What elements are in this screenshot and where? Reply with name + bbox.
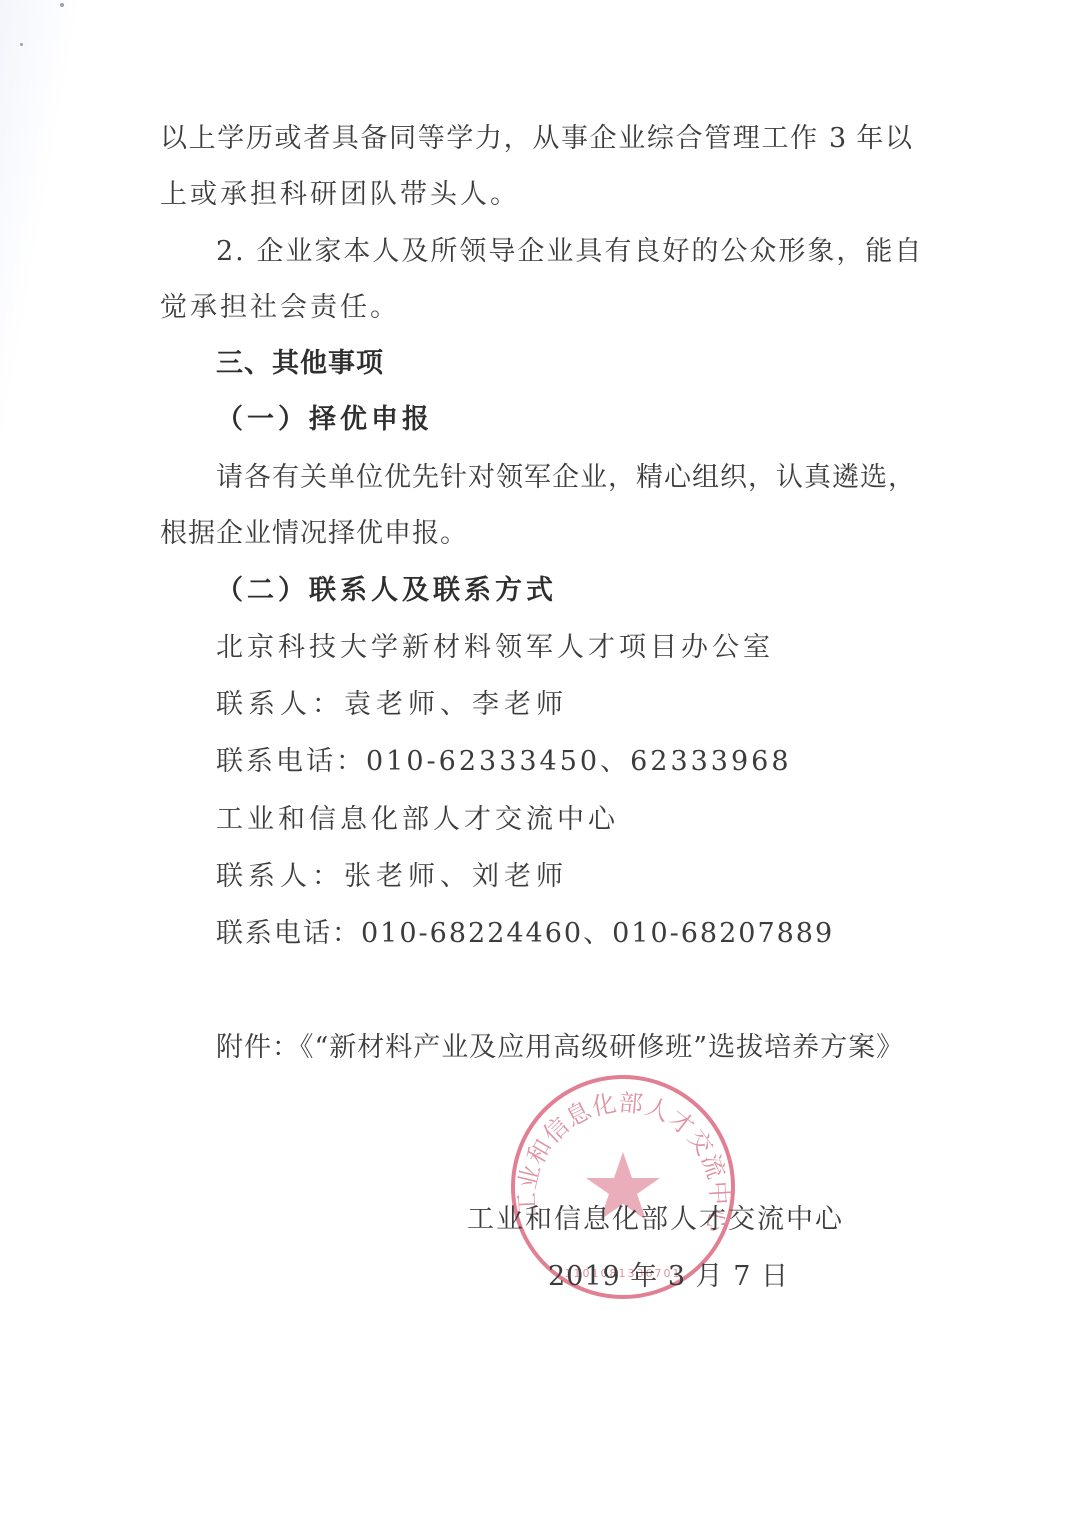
contact-people: 联系人：张老师、刘老师 [216, 857, 568, 897]
subsection-heading: （二）联系人及联系方式 [216, 571, 557, 611]
scan-speck [60, 3, 64, 7]
contact-org: 工业和信息化部人才交流中心 [216, 800, 619, 840]
attachment-line: 附件：《“新材料产业及应用高级研修班”选拔培养方案》 [216, 1028, 904, 1068]
paragraph-line: 以上学历或者具备同等学力，从事企业综合管理工作 3 年以 [160, 119, 912, 159]
contact-people: 联系人：袁老师、李老师 [216, 685, 568, 725]
contact-phone: 联系电话：010-68224460、010-68207889 [216, 914, 834, 954]
section-heading: 三、其他事项 [216, 344, 384, 384]
paragraph-line: 根据企业情况择优申报。 [160, 514, 468, 554]
subsection-heading: （一）择优申报 [216, 400, 433, 440]
paragraph-line: 上或承担科研团队带头人。 [160, 175, 520, 215]
paragraph-line: 2. 企业家本人及所领导企业具有良好的公众形象，能自 [216, 232, 923, 272]
paragraph-line: 请各有关单位优先针对领军企业，精心组织，认真遴选， [216, 458, 916, 498]
signature-date: 2019 年 3 月 7 日 [548, 1257, 789, 1297]
paragraph-line: 觉承担社会责任。 [160, 288, 400, 328]
contact-phone: 联系电话：010-62333450、62333968 [216, 742, 792, 782]
scan-speck [20, 43, 23, 46]
contact-org: 北京科技大学新材料领军人才项目办公室 [216, 628, 774, 668]
signature-org: 工业和信息化部人才交流中心 [467, 1200, 844, 1240]
document-page: 以上学历或者具备同等学力，从事企业综合管理工作 3 年以 上或承担科研团队带头人… [0, 0, 1080, 1528]
